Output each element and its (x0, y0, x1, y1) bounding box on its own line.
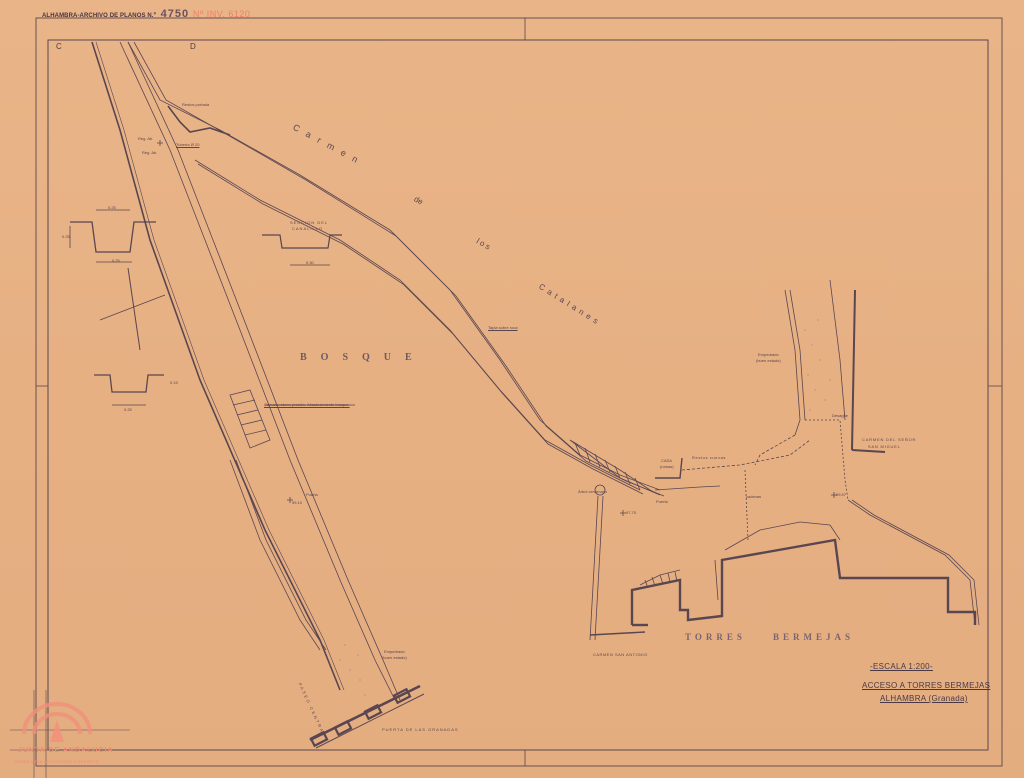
drawing-title: ACCESO A TORRES BERMEJAS (862, 681, 990, 690)
drawing-location: ALHAMBRA (Granada) (880, 694, 968, 703)
grid-label-d: D (190, 42, 196, 51)
label-san-miguel: SAN MIGUEL (868, 444, 901, 449)
label-empedrado-bottom: Empedrado (384, 649, 405, 654)
logo-text-junta: JUNTA DE ANDALUCIA (18, 747, 114, 754)
label-casa-ruinas: (ruinas) (660, 464, 674, 469)
label-empedrado-right-state: (buen estado) (756, 358, 781, 363)
label-empedrado-right: Empedrado (758, 352, 779, 357)
label-casa: CASA (661, 458, 672, 463)
label-arbol-centenario: Árbol centenario (578, 489, 607, 494)
label-desague: Desagüe (832, 413, 848, 418)
label-puerta-east: Puerta (656, 499, 668, 504)
dim-section2-side: 0.15 (170, 380, 178, 385)
grid-label-c: C (56, 42, 62, 51)
dim-section1-side: 0.25 (62, 234, 70, 239)
label-tuberia: Tubería Ø 20 (176, 142, 199, 147)
label-seccion-del: SECCION DEL (290, 220, 328, 225)
label-restos-portada: Restos portada (182, 102, 209, 107)
cota-2: 97.75 (626, 510, 636, 515)
label-empedrado-bottom-state: (buen estado) (382, 655, 407, 660)
label-carmen-senor: CARMEN DEL SEÑOR (862, 437, 916, 442)
label-canalillo: CANALILLO (292, 226, 323, 231)
label-cadenas: cadenas (746, 494, 761, 499)
drawing-sheet: ALHAMBRA-ARCHIVO DE PLANOS N.º 4750 Nº I… (0, 0, 1024, 778)
scale-label: -ESCALA 1:200- (870, 662, 933, 671)
label-puerta-granadas: PUERTA DE LAS GRANADAS (382, 727, 459, 732)
label-puerta-west: Puerta (306, 492, 318, 497)
dim-section1-bottom: 0.25 (112, 258, 120, 263)
cota-1: 99.57 (836, 492, 846, 497)
cota-3: 99.10 (292, 500, 302, 505)
label-reg-ab-1: Reg. Ab. (138, 136, 153, 141)
area-label-torres: TORRES (685, 632, 746, 642)
logo-text-consejeria: CONSEJERÍA DE CULTURA Y DEPORTE (14, 759, 99, 764)
label-camara: Cámara retuno presión. Abastecimiento bo… (264, 402, 350, 407)
label-restos-cuevas: Restos cuevas (692, 455, 726, 460)
label-tapia-sobre-roca: Tapia sobre roca (488, 325, 518, 330)
junta-andalucia-logo-icon (18, 698, 96, 768)
dim-section1-top: 0.25 (108, 205, 116, 210)
area-label-bermejas: BERMEJAS (773, 632, 854, 642)
dim-section2-bottom: 0.25 (124, 407, 132, 412)
label-carmen-san-antonio: CARMEN SAN ANTONIO (593, 652, 648, 657)
area-label-bosque: BOSQUE (300, 352, 426, 363)
label-reg-ab-2: Reg. Ab. (142, 150, 157, 155)
dim-canalillo: 0.30 (306, 260, 314, 265)
